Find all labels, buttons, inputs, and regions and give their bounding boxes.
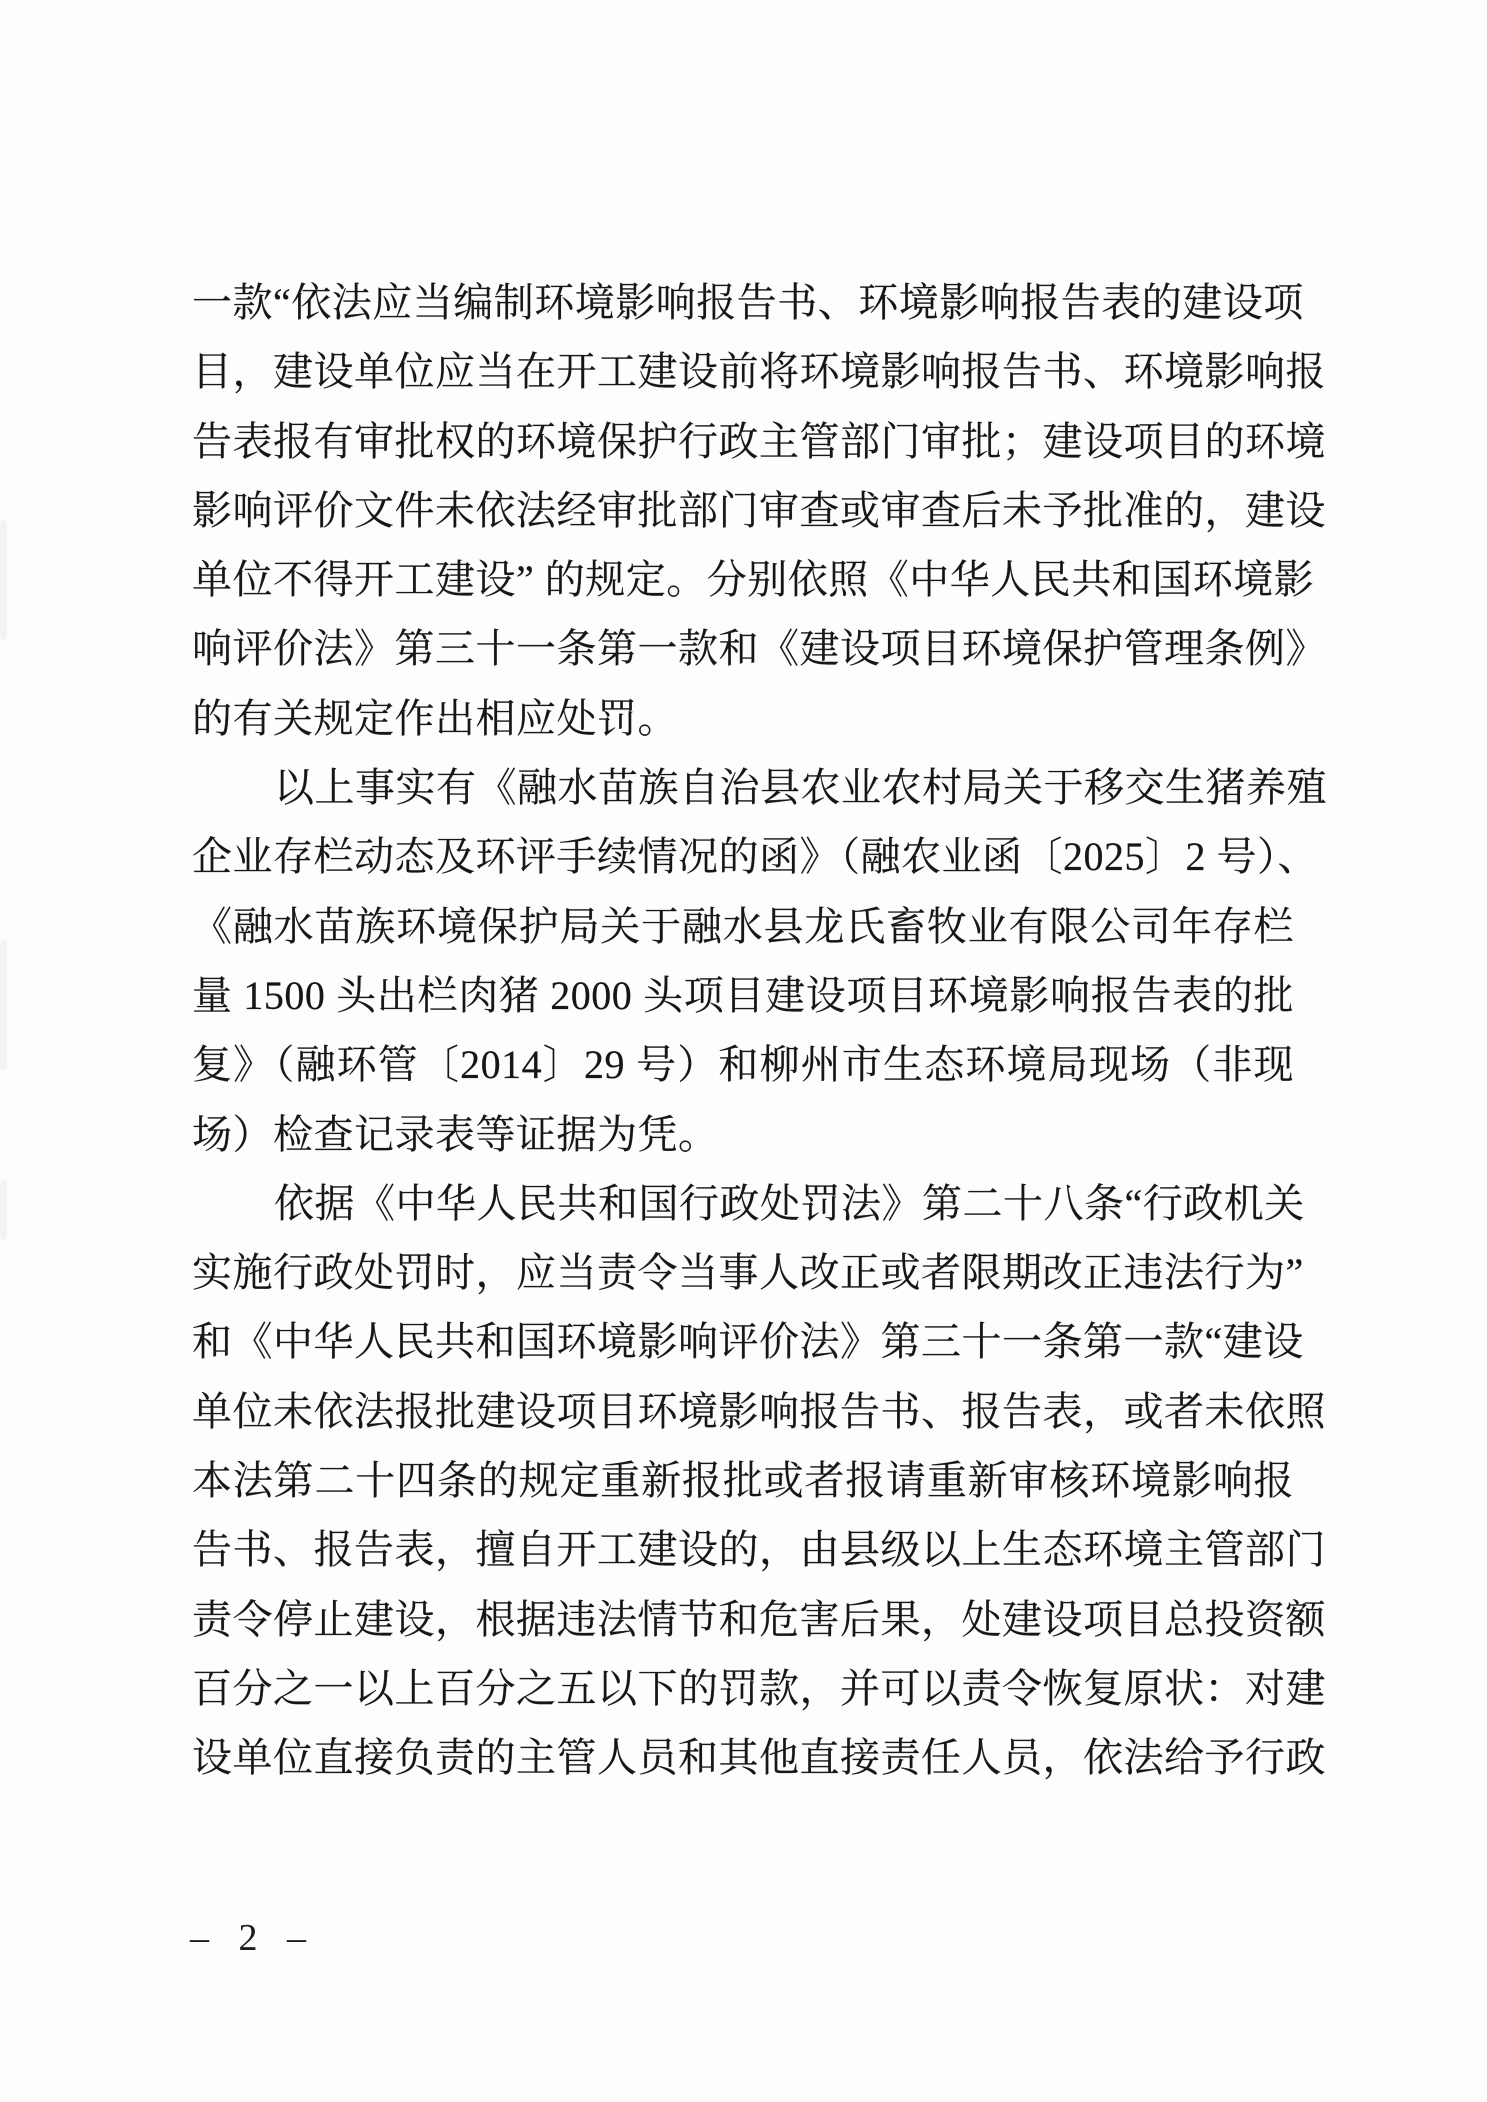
scan-smudge (0, 1180, 7, 1240)
text-line: 和《中华人民共和国环境影响评价法》第三十一条第一款“建设 (192, 1307, 1294, 1376)
text-line: 告书、报告表，擅自开工建设的，由县级以上生态环境主管部门 (192, 1515, 1294, 1584)
text-line: 单位不得开工建设” 的规定。分别依照《中华人民共和国环境影 (192, 545, 1294, 614)
text-line: 企业存栏动态及环评手续情况的函》（融农业函〔2025〕2 号）、 (192, 822, 1294, 891)
text-line: 量 1500 头出栏肉猪 2000 头项目建设项目环境影响报告表的批 (192, 961, 1294, 1030)
text-line: 场）检查记录表等证据为凭。 (192, 1100, 1294, 1169)
text-line: 告表报有审批权的环境保护行政主管部门审批；建设项目的环境 (192, 407, 1294, 476)
document-body: 一款“依法应当编制环境影响报告书、环境影响报告表的建设项 目，建设单位应当在开工… (192, 268, 1294, 1793)
text-line: 目，建设单位应当在开工建设前将环境影响报告书、环境影响报 (192, 337, 1294, 406)
text-line: 影响评价文件未依法经审批部门审查或审查后未予批准的，建设 (192, 476, 1294, 545)
text-line: 单位未依法报批建设项目环境影响报告书、报告表，或者未依照 (192, 1377, 1294, 1446)
text-line: 百分之一以上百分之五以下的罚款，并可以责令恢复原状：对建 (192, 1654, 1294, 1723)
scan-smudge (0, 940, 7, 1070)
text-line paragraph-start: 依据《中华人民共和国行政处罚法》第二十八条“行政机关 (192, 1169, 1294, 1238)
text-line: 本法第二十四条的规定重新报批或者报请重新审核环境影响报 (192, 1446, 1294, 1515)
text-line: 的有关规定作出相应处罚。 (192, 684, 1294, 753)
text-line: 设单位直接负责的主管人员和其他直接责任人员，依法给予行政 (192, 1723, 1294, 1792)
text-line: 复》（融环管〔2014〕29 号）和柳州市生态环境局现场（非现 (192, 1030, 1294, 1099)
text-line: 责令停止建设，根据违法情节和危害后果，处建设项目总投资额 (192, 1585, 1294, 1654)
scan-smudge (0, 520, 7, 640)
text-line: 一款“依法应当编制环境影响报告书、环境影响报告表的建设项 (192, 268, 1294, 337)
text-line: 《融水苗族环境保护局关于融水县龙氏畜牧业有限公司年存栏 (192, 892, 1294, 961)
text-line: 实施行政处罚时，应当责令当事人改正或者限期改正违法行为” (192, 1238, 1294, 1307)
page-number: – 2 – (190, 1916, 308, 1960)
text-line paragraph-start: 以上事实有《融水苗族自治县农业农村局关于移交生猪养殖 (192, 753, 1294, 822)
text-line: 响评价法》第三十一条第一款和《建设项目环境保护管理条例》 (192, 614, 1294, 683)
scanned-document-page: 一款“依法应当编制环境影响报告书、环境影响报告表的建设项 目，建设单位应当在开工… (0, 0, 1487, 2102)
